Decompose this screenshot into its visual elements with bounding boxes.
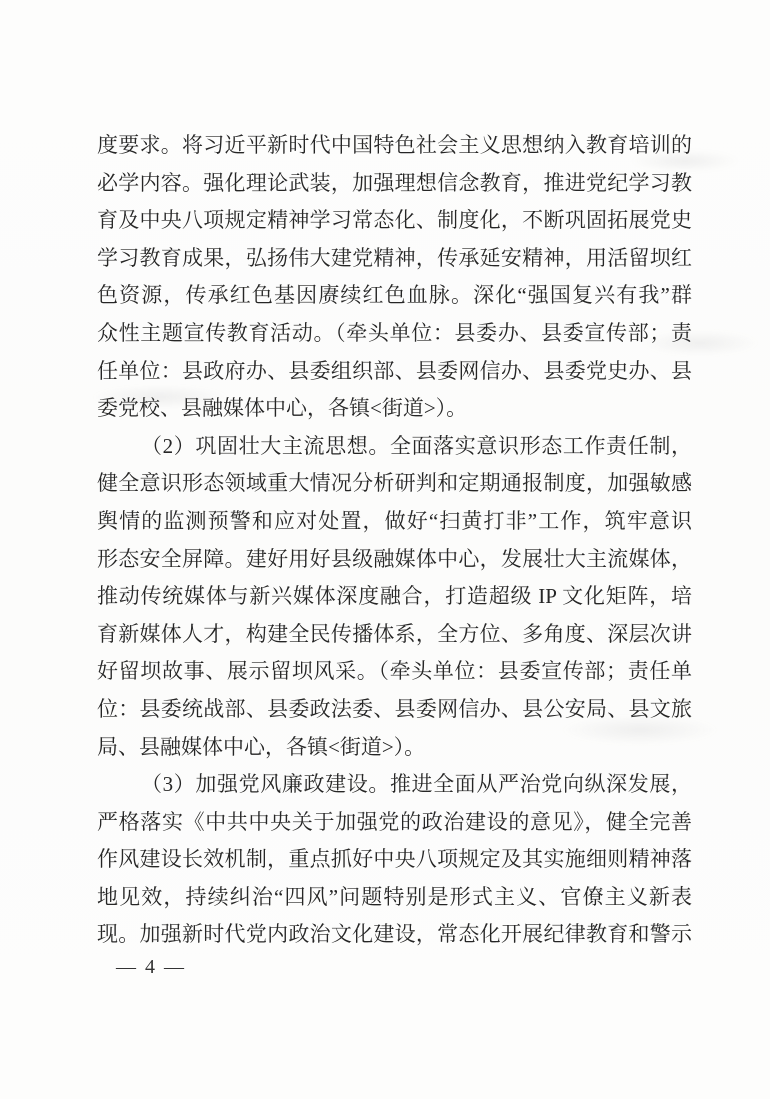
text-line: 形态安全屏障。建好用好县级融媒体中心，发展壮大主流媒体， xyxy=(97,541,692,579)
text-line: 舆情的监测预警和应对处置，做好“扫黄打非”工作，筑牢意识 xyxy=(97,503,692,541)
text-line: 作风建设长效机制，重点抓好中央八项规定及其实施细则精神落 xyxy=(97,841,692,879)
document-page: 度要求。将习近平新时代中国特色社会主义思想纳入教育培训的 必学内容。强化理论武装… xyxy=(0,0,770,1099)
text-line: 育新媒体人才，构建全民传播体系，全方位、多角度、深层次讲 xyxy=(97,616,692,654)
text-line: 好留坝故事、展示留坝风采。（牵头单位：县委宣传部；责任单 xyxy=(97,653,692,691)
text-line: 色资源，传承红色基因赓续红色血脉。深化“强国复兴有我”群 xyxy=(97,277,692,315)
text-line: 必学内容。强化理论武装，加强理想信念教育，推进党纪学习教 xyxy=(97,165,692,203)
text-line: 位：县委统战部、县委政法委、县委网信办、县公安局、县文旅 xyxy=(97,691,692,729)
text-line: 学习教育成果，弘扬伟大建党精神，传承延安精神，用活留坝红 xyxy=(97,240,692,278)
text-line: 委党校、县融媒体中心，各镇<街道>）。 xyxy=(97,390,692,428)
text-line: 度要求。将习近平新时代中国特色社会主义思想纳入教育培训的 xyxy=(97,127,692,165)
text-line: 严格落实《中共中央关于加强党的政治建设的意见》，健全完善 xyxy=(97,804,692,842)
text-line: 任单位：县政府办、县委组织部、县委网信办、县委党史办、县 xyxy=(97,353,692,391)
text-line: 地见效，持续纠治“四风”问题特别是形式主义、官僚主义新表 xyxy=(97,879,692,917)
text-line: 推动传统媒体与新兴媒体深度融合，打造超级 IP 文化矩阵，培 xyxy=(97,578,692,616)
text-line paragraph-start: （2）巩固壮大主流思想。全面落实意识形态工作责任制， xyxy=(97,428,692,466)
text-line: 众性主题宣传教育活动。（牵头单位：县委办、县委宣传部；责 xyxy=(97,315,692,353)
document-body: 度要求。将习近平新时代中国特色社会主义思想纳入教育培训的 必学内容。强化理论武装… xyxy=(97,127,692,954)
text-line paragraph-start: （3）加强党风廉政建设。推进全面从严治党向纵深发展， xyxy=(97,766,692,804)
text-line: 局、县融媒体中心，各镇<街道>）。 xyxy=(97,729,692,767)
text-line: 育及中央八项规定精神学习常态化、制度化，不断巩固拓展党史 xyxy=(97,202,692,240)
text-line: 现。加强新时代党内政治文化建设，常态化开展纪律教育和警示 xyxy=(97,916,692,954)
page-number: — 4 — xyxy=(116,956,186,979)
text-line: 健全意识形态领域重大情况分析研判和定期通报制度，加强敏感 xyxy=(97,465,692,503)
